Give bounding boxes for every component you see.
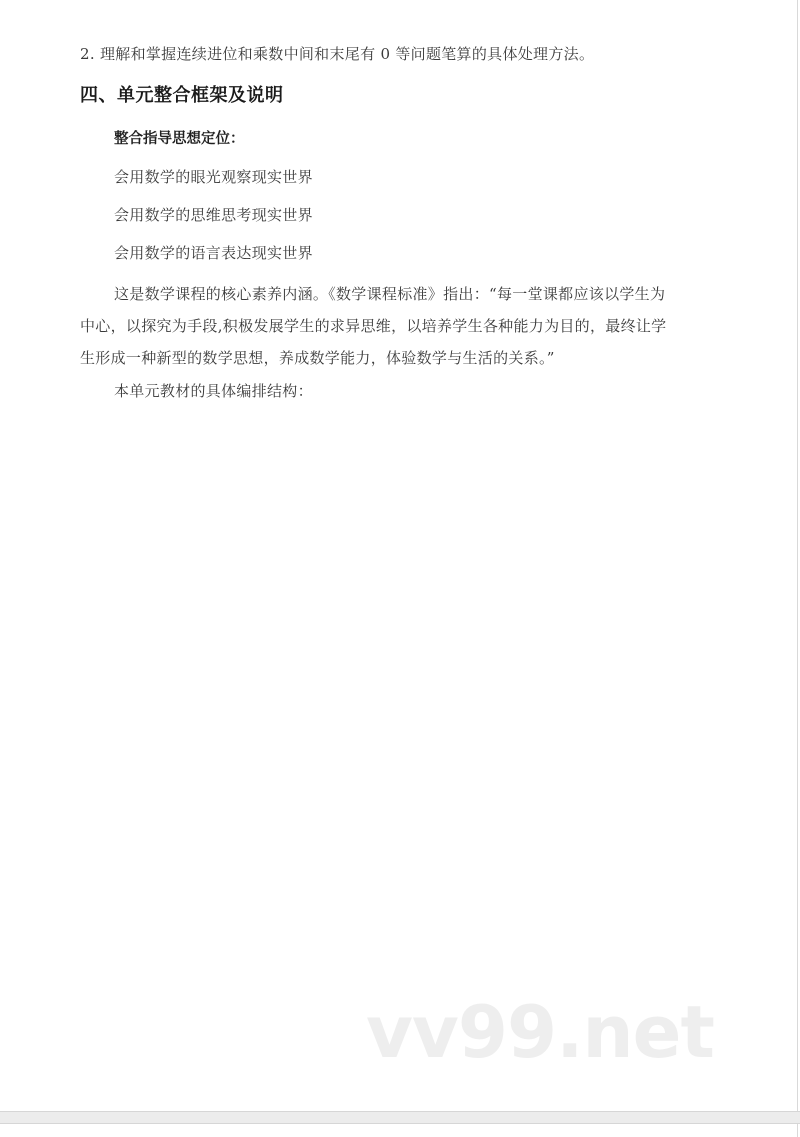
document-page: 2. 理解和掌握连续进位和乘数中间和末尾有 0 等问题笔算的具体处理方法。 四、… [0, 0, 798, 1111]
core-point-observe: 会用数学的眼光观察现实世界 [114, 167, 313, 187]
watermark: vv99.net [366, 992, 714, 1072]
paragraph-line-3: 生形成一种新型的数学思想，养成数学能力，体验数学与生活的关系。” [80, 348, 555, 368]
section-heading: 四、单元整合框架及说明 [80, 84, 284, 108]
core-point-think: 会用数学的思维思考现实世界 [114, 205, 313, 225]
paragraph-line-1: 这是数学课程的核心素养内涵。《数学课程标准》指出：“每一堂课都应该以学生为 [114, 284, 665, 304]
subheading-guiding-idea: 整合指导思想定位： [114, 129, 245, 149]
structure-intro: 本单元教材的具体编排结构： [114, 381, 313, 401]
paragraph-line-2: 中心，以探究为手段,积极发展学生的求异思维，以培养学生各种能力为目的，最终让学 [80, 316, 666, 336]
list-item-2: 2. 理解和掌握连续进位和乘数中间和末尾有 0 等问题笔算的具体处理方法。 [80, 44, 594, 64]
next-page-top [0, 1124, 798, 1137]
core-point-express: 会用数学的语言表达现实世界 [114, 243, 313, 263]
page-separator [0, 1111, 800, 1124]
